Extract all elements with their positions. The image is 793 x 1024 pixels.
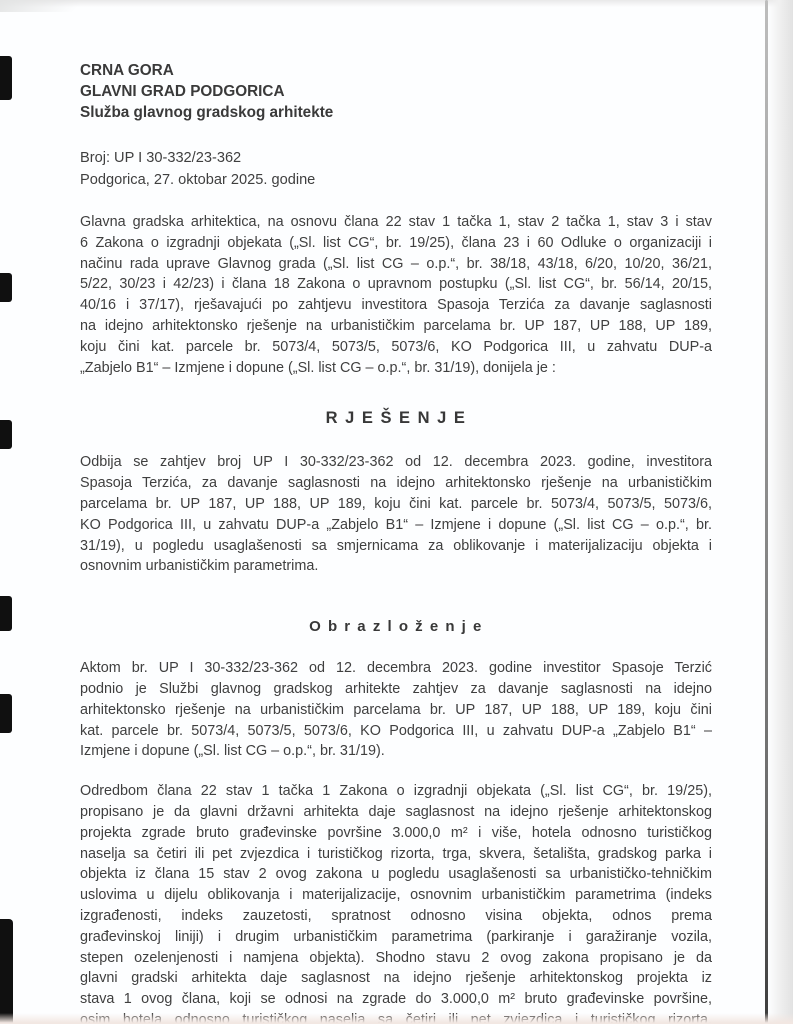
text-line: Spasoja Terzića, za davanje saglasnosti … [80,473,712,494]
explanation-paragraph-2: Odredbom člana 22 stav 1 tačka 1 Zakona … [80,781,712,1024]
scanned-document-page: CRNA GORAGLAVNI GRAD PODGORICASlužba gla… [0,0,793,1024]
reference-block: Broj: UP I 30-332/23-362 Podgorica, 27. … [80,148,712,191]
text-line: glavni gradski arhitekta daje saglasnost… [80,968,712,989]
text-line: parcelama br. UP 187, UP 188, UP 189, ko… [80,494,712,515]
scan-left-artifact-4 [0,596,12,631]
scan-left-artifact-2 [0,273,12,302]
letterhead: CRNA GORAGLAVNI GRAD PODGORICASlužba gla… [80,0,712,123]
text-line: projekta zgrade bruto građevinske površi… [80,823,712,844]
text-line: objekta iz člana 15 stav 2 ovog zakona u… [80,864,712,885]
text-line: stepen ozelenjenosti i namjena objekta).… [80,948,712,969]
text-line: 5/22, 30/23 i 42/23) i člana 18 Zakona o… [80,274,712,295]
text-line: na idejno arhitektonsko rješenje na urba… [80,316,712,337]
text-line: KO Podgorica III, u zahvatu DUP-a „Zabje… [80,515,712,536]
scan-right-edge-shading [768,0,793,1024]
text-line: stava 1 ovog člana, koji se odnosi na zg… [80,989,712,1010]
resolution-heading: R J E Š E N J E [80,408,712,429]
intro-paragraph: Glavna gradska arhitektica, na osnovu čl… [80,212,712,378]
scan-left-artifact-5 [0,694,12,733]
scan-left-artifact-3 [0,420,12,449]
resolution-paragraph: Odbija se zahtjev broj UP I 30-332/23-36… [80,452,712,577]
text-line: načinu rada uprave Glavnog grada („Sl. l… [80,254,712,275]
scan-left-artifact-1 [0,56,12,100]
explanation-paragraph-1: Aktom br. UP I 30-332/23-362 od 12. dece… [80,658,712,762]
scan-bottom-edge [0,1013,793,1024]
text-line: Izmjene i dopune („Sl. list CG – o.p.“, … [80,741,712,762]
document-body: CRNA GORAGLAVNI GRAD PODGORICASlužba gla… [80,0,712,1024]
text-line: Odbija se zahtjev broj UP I 30-332/23-36… [80,452,712,473]
place-and-date: Podgorica, 27. oktobar 2025. godine [80,170,712,192]
text-line: osnovnim urbanističkim parametrima. [80,556,712,577]
case-number: Broj: UP I 30-332/23-362 [80,148,712,170]
text-line: CRNA GORA [80,60,712,81]
text-line: „Zabjelo B1“ – Izmjene i dopune („Sl. li… [80,358,712,379]
text-line: GLAVNI GRAD PODGORICA [80,81,712,102]
text-line: 40/16 i 37/17), rješavajući po zahtjevu … [80,295,712,316]
text-line: Služba glavnog gradskog arhitekte [80,102,712,123]
text-line: Odredbom člana 22 stav 1 tačka 1 Zakona … [80,781,712,802]
text-line: 6 Zakona o izgradnji objekata („Sl. list… [80,233,712,254]
text-line: 31/19), u pogledu usaglašenosti sa smjer… [80,536,712,557]
text-line: koju čini kat. parcele br. 5073/4, 5073/… [80,337,712,358]
text-line: propisano je da glavni državni arhitekta… [80,802,712,823]
text-line: uslovima u dijelu oblikovanja i materija… [80,885,712,906]
text-line: kat. parcele br. 5073/4, 5073/5, 5073/6,… [80,721,712,742]
text-line: naselja sa četiri ili pet zvjezdica i tu… [80,844,712,865]
scan-left-artifact-6 [0,919,13,1024]
text-line: Glavna gradska arhitektica, na osnovu čl… [80,212,712,233]
text-line: građevinskoj liniji) i drugim urbanistič… [80,927,712,948]
text-line: podnio je Službi glavnog gradskog arhite… [80,679,712,700]
explanation-heading: O b r a z l o ž e n j e [80,616,712,637]
text-line: izgrađenosti, indeks zauzetosti, spratno… [80,906,712,927]
text-line: Aktom br. UP I 30-332/23-362 od 12. dece… [80,658,712,679]
text-line: arhitektonsko rješenje na urbanističkim … [80,700,712,721]
